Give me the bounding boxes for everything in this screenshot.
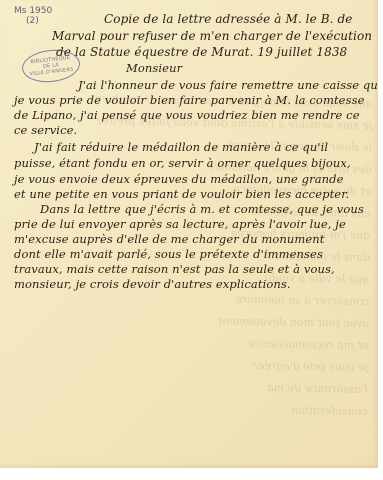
- heading-line-2: Marval pour refuser de m'en charger de l…: [52, 29, 372, 43]
- body-line: prie de lui envoyer après sa lecture, ap…: [14, 217, 346, 231]
- body-line: dont elle m'avait parlé, sous le prétext…: [14, 247, 323, 261]
- body-line: J'ai fait réduire le médaillon de manièr…: [34, 140, 328, 154]
- body-line: travaux, mais cette raison n'est pas la …: [14, 262, 335, 276]
- body-line: m'excuse auprès d'elle de me charger du …: [14, 232, 325, 246]
- heading-line-3: de la Statue équestre de Murat. 19 juill…: [56, 45, 347, 59]
- body-line: monsieur, je crois devoir d'autres expli…: [14, 277, 291, 291]
- body-line: ce service.: [14, 123, 77, 137]
- shelfmark-subnumber: (2): [14, 16, 52, 26]
- salutation: Monsieur: [126, 61, 182, 75]
- body-line: je vous envoie deux épreuves du médaillo…: [14, 172, 344, 186]
- body-line: je vous prie de vouloir bien faire parve…: [14, 93, 365, 107]
- body-line: J'ai l'honneur de vous faire remettre un…: [78, 78, 378, 92]
- heading-line-1: Copie de la lettre adressée à M. le B. d…: [104, 12, 352, 26]
- body-line: puisse, étant fondu en or, servir à orne…: [14, 156, 351, 170]
- body-line: de Lipano, j'ai pensé que vous voudriez …: [14, 108, 360, 122]
- body-line: Dans la lettre que j'écris à m. et comte…: [40, 202, 364, 216]
- body-line: et une petite en vous priant de vouloir …: [14, 187, 349, 201]
- manuscript-page: que vous avez témoigné à nos travaux et …: [0, 0, 378, 468]
- shelfmark: Ms 1950 (2): [14, 6, 52, 26]
- shelfmark-number: Ms 1950: [14, 6, 52, 16]
